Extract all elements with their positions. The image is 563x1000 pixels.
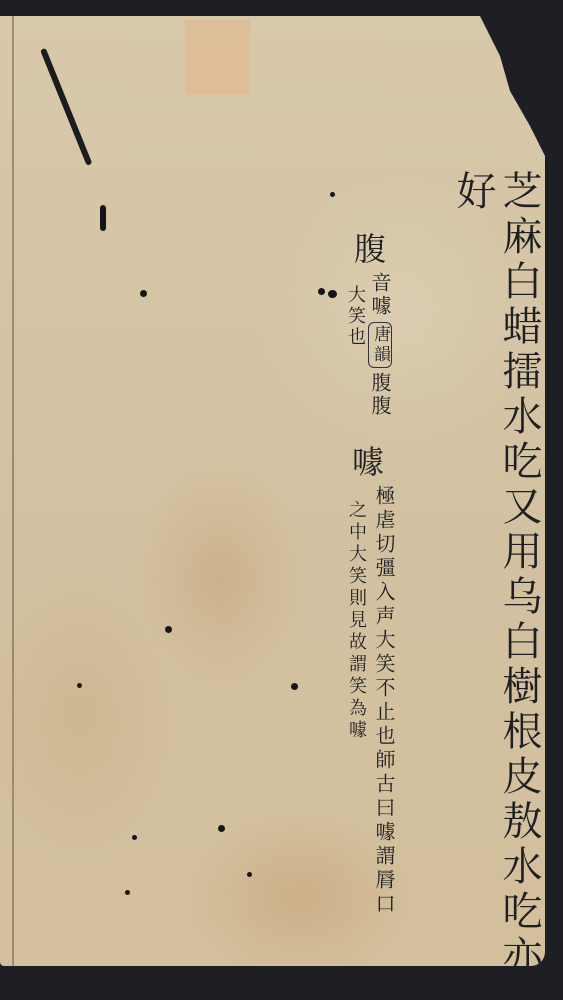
gloss-1-right: 音噱唐韻腹腹 bbox=[368, 272, 392, 418]
main-text-column: 芝麻白蜡擂水吃又用乌白樹根皮敖水吃亦好 bbox=[450, 170, 542, 1000]
gloss-1-reading: 音 bbox=[368, 272, 392, 295]
ink-blot bbox=[165, 626, 172, 633]
gloss-2-right: 極虐切彊入声大笑不止也師古曰噱謂脣口 bbox=[370, 485, 399, 917]
headword-1: 腹 bbox=[345, 232, 391, 264]
gloss-1-reading-char: 噱 bbox=[368, 295, 392, 318]
ink-blot bbox=[100, 205, 106, 231]
ink-blot bbox=[140, 290, 147, 297]
gloss-2-left: 之中大笑則見故謂笑為噱 bbox=[343, 500, 369, 742]
headword-2: 噱 bbox=[343, 445, 389, 477]
ink-blot bbox=[77, 683, 82, 688]
gloss-1-tail: 腹腹 bbox=[368, 372, 392, 418]
gloss-1-left: 大笑也 bbox=[345, 285, 365, 348]
page-fold-line bbox=[12, 16, 14, 966]
ink-blot bbox=[330, 192, 335, 197]
faded-seal-stamp bbox=[185, 20, 250, 95]
boxed-rhyme-note: 唐韻 bbox=[368, 322, 392, 368]
ink-blot bbox=[318, 288, 325, 295]
ink-blot bbox=[247, 872, 252, 877]
ink-blot bbox=[328, 290, 337, 298]
ink-blot bbox=[125, 890, 130, 895]
ink-blot bbox=[218, 825, 225, 832]
ink-blot bbox=[132, 835, 137, 840]
ink-blot bbox=[291, 683, 298, 690]
